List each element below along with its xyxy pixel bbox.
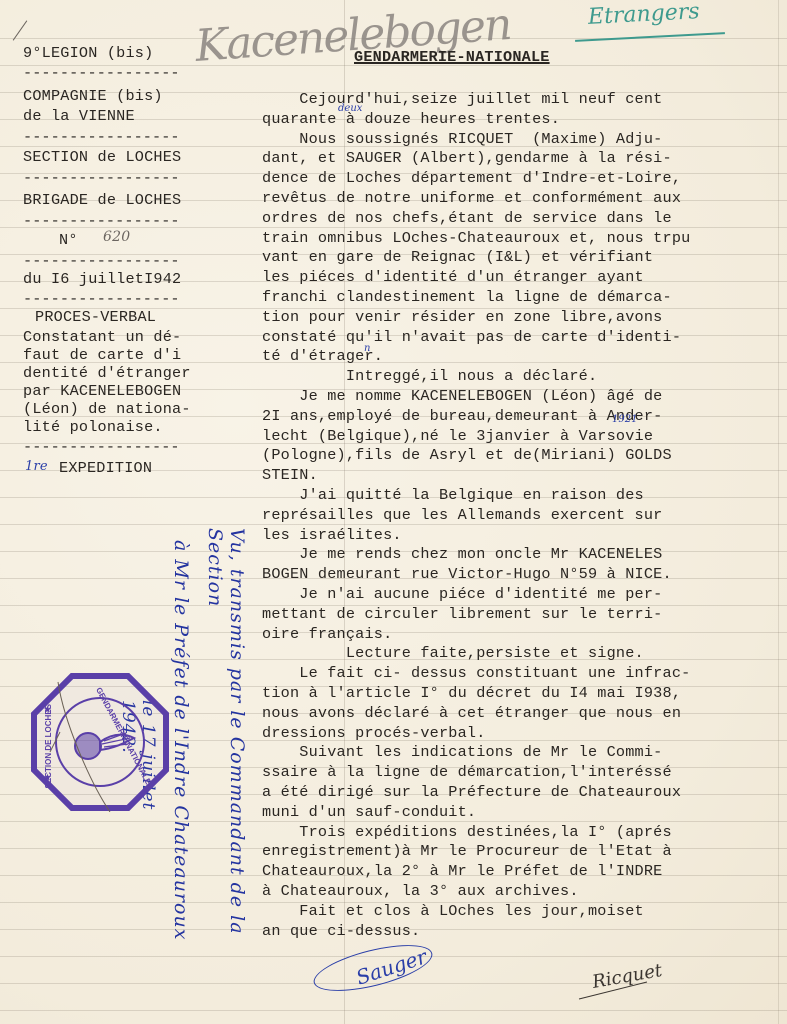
body-line: Intreggé,il nous a déclaré. [262, 367, 597, 385]
body-line: an que ci-dessus. [262, 922, 420, 940]
expedition-mark: 1re [25, 458, 48, 476]
body-line: muni d'un sauf-conduit. [262, 803, 476, 821]
body-line: ssaire à la ligne de démarcation,l'inter… [262, 763, 672, 781]
body-line: Suivant les indications de Mr le Commi- [262, 743, 663, 761]
separator: ----------------- [23, 438, 180, 456]
body-line: (Pologne),fils de Asryl et de(Miriani) G… [262, 446, 672, 464]
body-line: dant, et SAUGER (Albert),gendarme à la r… [262, 149, 672, 167]
body-line: quarante à douze heures trentes. [262, 110, 560, 128]
body-line: STEIN. [262, 466, 318, 484]
body-line: franchi clandestinement la ligne de déma… [262, 288, 672, 306]
body-line: Je me rends chez mon oncle Mr KACENELES [262, 545, 663, 563]
body-line: a été dirigé sur la Préfecture de Chatea… [262, 783, 681, 801]
body-line: vant en gare de Reignac (I&L) et vérifia… [262, 248, 653, 266]
numero-value: 620 [103, 228, 130, 246]
body-line: BOGEN demeurant rue Victor-Hugo N°59 à N… [262, 565, 672, 583]
margin-note-line2: à Mr le Préfet de l'Indre Chateauroux [170, 540, 192, 960]
pv-description-line: dentité d'étranger [23, 364, 191, 382]
right-edge-rule [778, 0, 779, 1024]
gendarmerie-stamp: ★ ★ GENDARMERIE NATIONALE SECTION DE LOC… [30, 672, 170, 812]
pv-description-line: lité polonaise. [23, 418, 163, 436]
left-header-block: 9°LEGION (bis) ----------------- COMPAGN… [23, 44, 223, 494]
insertion-n: n [364, 343, 370, 354]
report-date: du I6 juilletI942 [23, 270, 181, 288]
stamp-side-text: SECTION DE LOCHES [44, 704, 53, 788]
body-line: Chateauroux,la 2° à Mr le Préfet de l'IN… [262, 862, 663, 880]
pv-title: PROCES-VERBAL [35, 308, 156, 326]
body-line: enregistrement)à Mr le Procureur de l'Et… [262, 842, 672, 860]
body-line: Cejourd'hui,seize juillet mil neuf cent [262, 90, 663, 108]
body-line: les piéces d'identité d'un étranger ayan… [262, 268, 644, 286]
body-line: Je n'ai aucune piéce d'identité me per- [262, 585, 663, 603]
body-line: Trois expéditions destinées,la I° (aprés [262, 823, 672, 841]
pv-description-line: par KACENELEBOGEN [23, 382, 181, 400]
body-line: ordres de nos chefs,étant de service dan… [262, 209, 672, 227]
insertion-year: 1921 [612, 414, 637, 425]
separator: ----------------- [23, 169, 180, 187]
body-line: dressions procés-verbal. [262, 724, 486, 742]
body-line: à Chateauroux, la 3° aux archives. [262, 882, 579, 900]
body-line: oire français. [262, 625, 392, 643]
separator: ----------------- [23, 128, 180, 146]
body-line: lecht (Belgique),né le 3janvier à Varsov… [262, 427, 653, 445]
body-line: 2I ans,employé de bureau,demeurant à And… [262, 407, 663, 425]
pv-description-line: (Léon) de nationa- [23, 400, 191, 418]
compagnie-region: de la VIENNE [23, 107, 135, 125]
separator: ----------------- [23, 212, 180, 230]
separator: ----------------- [23, 252, 180, 270]
page-title: GENDARMERIE-NATIONALE [354, 48, 550, 66]
expedition-label: EXPEDITION [59, 459, 152, 477]
body-line: dence de Loches département d'Indre-et-L… [262, 169, 681, 187]
separator: ----------------- [23, 64, 180, 82]
separator: ----------------- [23, 290, 180, 308]
insertion-deux: deux [338, 103, 362, 114]
body-line: Fait et clos à LOches les jour,moiset [262, 902, 644, 920]
numero-label: N° [59, 231, 78, 249]
margin-note-line1: Vu, transmis par le Commandant de la Sec… [204, 528, 248, 1008]
body-line: revêtus de notre uniforme et conformémen… [262, 189, 681, 207]
body-line: tion à l'article I° du décret du I4 mai … [262, 684, 681, 702]
body-line: Nous soussignés RICQUET (Maxime) Adju- [262, 130, 663, 148]
body-line: Lecture faite,persiste et signe. [262, 644, 644, 662]
pv-description-line: Constatant un dé- [23, 328, 181, 346]
compagnie-label: COMPAGNIE (bis) [23, 87, 163, 105]
section-label: SECTION de LOCHES [23, 148, 181, 166]
body-line: constaté qu'il n'avait pas de carte d'id… [262, 328, 681, 346]
body-line: les israélites. [262, 526, 402, 544]
body-line: nous avons déclaré à cet étranger que no… [262, 704, 681, 722]
body-line: mettant de circuler librement sur le ter… [262, 605, 663, 623]
body-line: représailles que les Allemands exercent … [262, 506, 663, 524]
body-line: tion pour venir résider en zone libre,av… [262, 308, 663, 326]
pv-description-line: faut de carte d'i [23, 346, 181, 364]
brigade-label: BRIGADE de LOCHES [23, 191, 181, 209]
body-line: train omnibus LOches-Chateauroux et, nou… [262, 229, 690, 247]
legion-label: 9°LEGION (bis) [23, 44, 153, 62]
body-line: Le fait ci- dessus constituant une infra… [262, 664, 690, 682]
body-line: J'ai quitté la Belgique en raison des [262, 486, 644, 504]
body-line: Je me nomme KACENELEBOGEN (Léon) âgé de [262, 387, 663, 405]
